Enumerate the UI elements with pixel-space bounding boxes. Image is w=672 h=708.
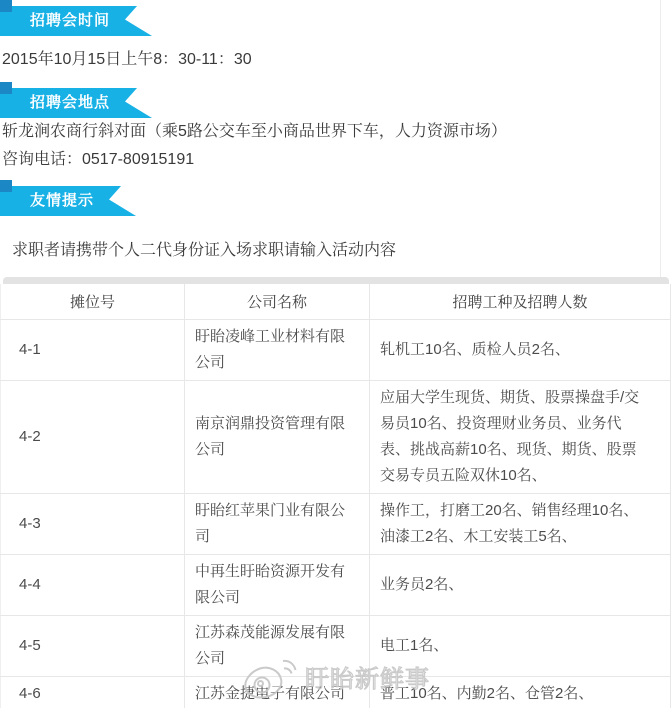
place-banner-label: 招聘会地点 bbox=[0, 88, 152, 118]
company-cell: 南京润鼎投资管理有限公司 bbox=[185, 381, 370, 494]
jobs-cell: 电工1名、 bbox=[370, 616, 671, 677]
table-row: 4-5 江苏森茂能源发展有限公司 电工1名、 bbox=[1, 616, 671, 677]
fair-phone-text: 咨询电话：0517-80915191 bbox=[2, 146, 194, 174]
jobs-cell: 应届大学生现货、期货、股票操盘手/交易员10名、投资理财业务员、业务代表、挑战高… bbox=[370, 381, 671, 494]
company-cell: 盱眙凌峰工业材料有限公司 bbox=[185, 320, 370, 381]
ribbon-fold-decoration bbox=[0, 180, 12, 192]
header-cell-company: 公司名称 bbox=[185, 284, 370, 320]
jobs-cell: 轧机工10名、质检人员2名、 bbox=[370, 320, 671, 381]
table-row: 4-1 盱眙凌峰工业材料有限公司 轧机工10名、质检人员2名、 bbox=[1, 320, 671, 381]
recruit-table: 摊位号 公司名称 招聘工种及招聘人数 4-1 盱眙凌峰工业材料有限公司 轧机工1… bbox=[0, 284, 671, 708]
booth-cell: 4-5 bbox=[1, 616, 185, 677]
booth-cell: 4-2 bbox=[1, 381, 185, 494]
tips-banner-label: 友情提示 bbox=[0, 186, 136, 216]
ribbon-fold-decoration bbox=[0, 0, 12, 12]
job-fair-page: 招聘会时间 2015年10月15日上午8：30-11：30 招聘会地点 斩龙涧农… bbox=[0, 0, 672, 708]
fair-address-text: 斩龙涧农商行斜对面（乘5路公交车至小商品世界下车，人力资源市场） bbox=[2, 118, 507, 146]
booth-cell: 4-4 bbox=[1, 555, 185, 616]
table-row: 4-6 江苏金捷电子有限公司 普工10名、内勤2名、仓管2名、 bbox=[1, 677, 671, 708]
jobs-cell: 业务员2名、 bbox=[370, 555, 671, 616]
table-top-band bbox=[3, 277, 669, 284]
company-cell: 江苏森茂能源发展有限公司 bbox=[185, 616, 370, 677]
booth-cell: 4-1 bbox=[1, 320, 185, 381]
jobs-cell: 普工10名、内勤2名、仓管2名、 bbox=[370, 677, 671, 708]
jobs-cell: 操作工，打磨工20名、销售经理10名、油漆工2名、木工安装工5名、 bbox=[370, 494, 671, 555]
tips-text: 求职者请携带个人二代身份证入场求职请输入活动内容 bbox=[12, 237, 396, 265]
company-cell: 中再生盱眙资源开发有限公司 bbox=[185, 555, 370, 616]
time-banner-label: 招聘会时间 bbox=[0, 6, 152, 36]
fair-date-text: 2015年10月15日上午8：30-11：30 bbox=[2, 46, 252, 74]
booth-cell: 4-3 bbox=[1, 494, 185, 555]
booth-cell: 4-6 bbox=[1, 677, 185, 708]
table-row: 4-3 盱眙红苹果门业有限公司 操作工，打磨工20名、销售经理10名、油漆工2名… bbox=[1, 494, 671, 555]
table-header-row: 摊位号 公司名称 招聘工种及招聘人数 bbox=[1, 284, 671, 320]
company-cell: 江苏金捷电子有限公司 bbox=[185, 677, 370, 708]
ribbon-fold-decoration bbox=[0, 82, 12, 94]
content-right-border bbox=[660, 0, 661, 277]
company-cell: 盱眙红苹果门业有限公司 bbox=[185, 494, 370, 555]
header-cell-jobs: 招聘工种及招聘人数 bbox=[370, 284, 671, 320]
table-row: 4-4 中再生盱眙资源开发有限公司 业务员2名、 bbox=[1, 555, 671, 616]
header-cell-booth: 摊位号 bbox=[1, 284, 185, 320]
table-row: 4-2 南京润鼎投资管理有限公司 应届大学生现货、期货、股票操盘手/交易员10名… bbox=[1, 381, 671, 494]
